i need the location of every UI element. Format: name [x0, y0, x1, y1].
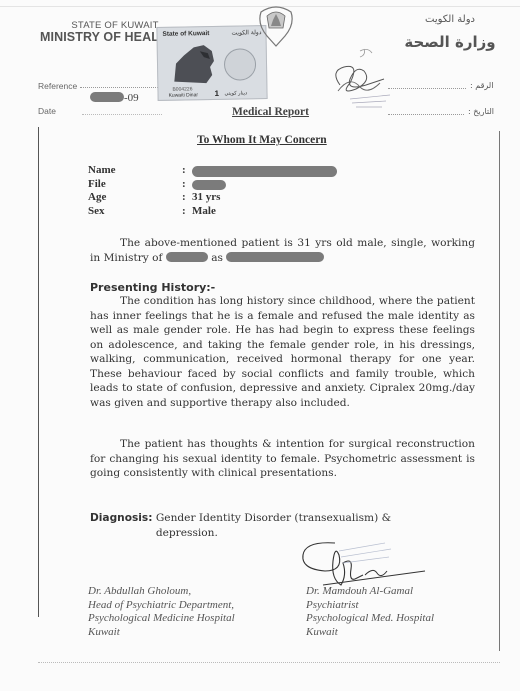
signatory-name: Dr. Mamdouh Al-Gamal	[306, 585, 434, 599]
signatory-title: Head of Psychiatric Department,	[88, 599, 235, 613]
frame-bottom-border	[38, 662, 500, 663]
reference-label: Reference	[38, 81, 77, 91]
redaction-mark	[192, 166, 337, 177]
redaction-mark	[192, 180, 226, 190]
signatory-location: Kuwait	[88, 626, 235, 640]
date-label-ar: التاريخ :	[468, 107, 494, 116]
signature-scribble-top	[320, 45, 400, 115]
kuwait-map-icon	[170, 41, 219, 86]
ministry-name-ar: وزارة الصحة	[395, 33, 505, 51]
signatory-name: Dr. Abdullah Gholoum,	[88, 585, 235, 599]
stamp-seal-icon	[224, 48, 257, 81]
ministry-name-en: MINISTRY OF HEALTH	[40, 30, 175, 44]
history-paragraph: The condition has long history since chi…	[90, 294, 475, 410]
stamp-header: State of Kuwait	[162, 30, 209, 38]
redaction-mark	[90, 92, 124, 102]
stamp-currency-ar: دينار كويتي	[224, 90, 247, 96]
kuwait-emblem-icon	[255, 2, 297, 48]
document-title: Medical Report	[232, 106, 309, 118]
signatory-location: Kuwait	[306, 626, 434, 640]
field-name: Name :	[88, 164, 337, 178]
revenue-stamp: State of Kuwait دولة الكويت B004226 Kuwa…	[156, 25, 267, 101]
signatory-institution: Psychological Med. Hospital	[306, 612, 434, 626]
signatory-title: Psychiatrist	[306, 599, 434, 613]
date-line	[82, 114, 162, 115]
reference-value: -09	[90, 92, 139, 104]
reference-line	[80, 87, 162, 88]
redaction-mark	[166, 252, 208, 262]
signatory-institution: Psychological Medicine Hospital	[88, 612, 235, 626]
stamp-denomination: 1	[214, 89, 219, 98]
history-heading: Presenting History:-	[90, 281, 215, 294]
date-label: Date	[38, 106, 56, 116]
intro-paragraph: The above-mentioned patient is 31 yrs ol…	[90, 236, 475, 265]
state-name-ar: دولة الكويت	[410, 14, 490, 25]
field-file: File :	[88, 178, 337, 192]
salutation: To Whom It May Concern	[197, 134, 327, 146]
reference-label-ar: الرقم :	[470, 81, 493, 90]
patient-fields: Name : File : Age : 31 yrs Sex : Male	[88, 164, 337, 218]
stamp-currency: Kuwaiti Dinar	[169, 92, 199, 99]
signatory-right: Dr. Mamdouh Al-Gamal Psychiatrist Psycho…	[306, 585, 434, 639]
field-age: Age : 31 yrs	[88, 191, 337, 205]
diagnosis-label: Diagnosis:	[90, 512, 152, 524]
plan-paragraph: The patient has thoughts & intention for…	[90, 437, 475, 481]
frame-right-border	[499, 131, 500, 651]
field-sex: Sex : Male	[88, 205, 337, 219]
frame-left-border	[38, 127, 39, 617]
signatory-left: Dr. Abdullah Gholoum, Head of Psychiatri…	[88, 585, 235, 639]
redaction-mark	[226, 252, 324, 262]
